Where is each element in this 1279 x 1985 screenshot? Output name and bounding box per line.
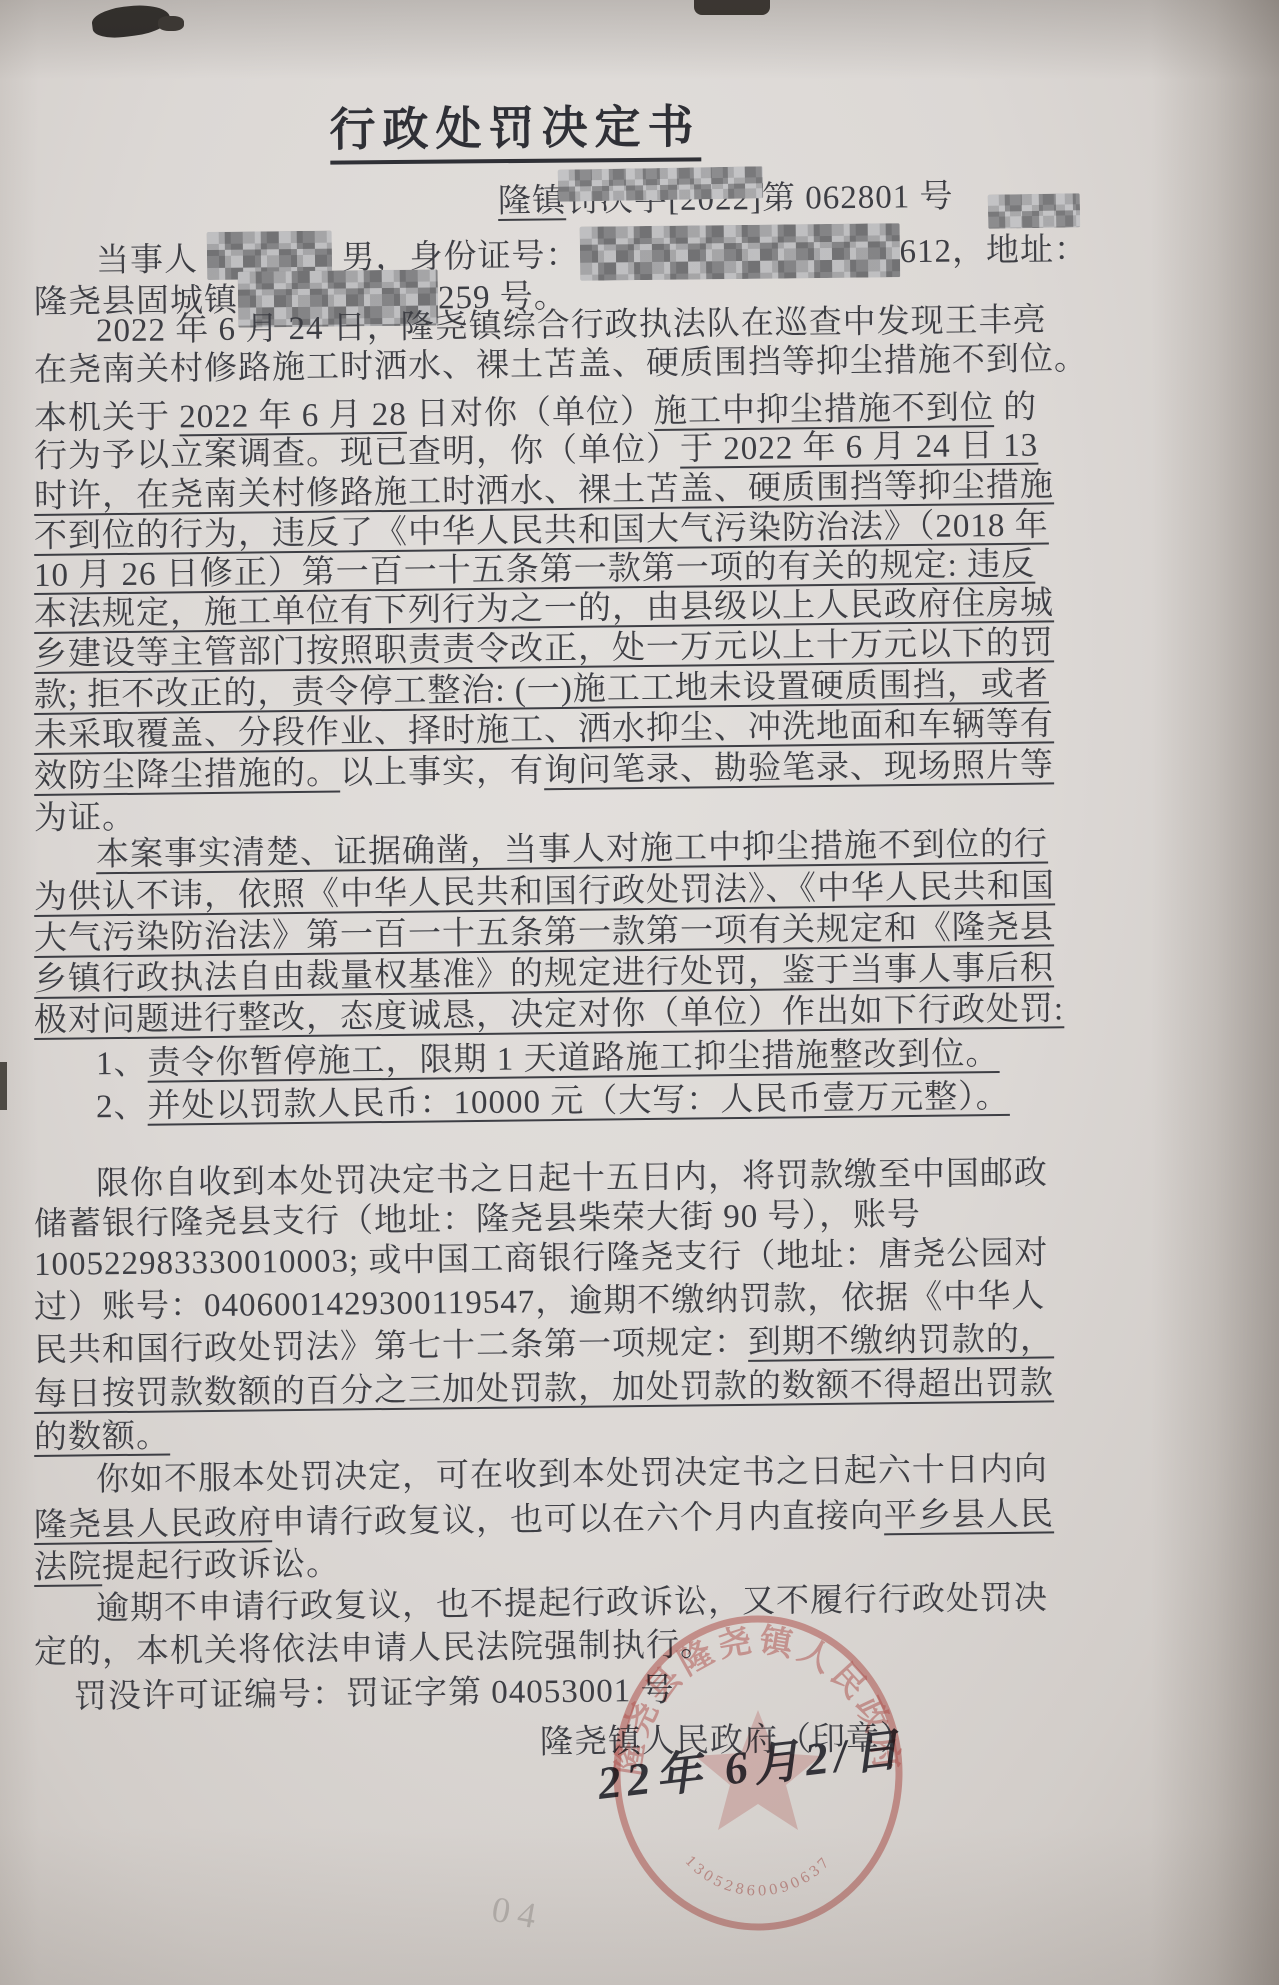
doc-line: 每日按罚款数额的百分之三加处罚款，加处罚款的数额不得超出罚款 (34, 1363, 1054, 1415)
doc-line-penalty-1: 1、责令你暂停施工，限期 1 天道路施工抑尘措施整改到位。 (34, 1034, 1000, 1085)
redaction-mosaic-strip-1 (558, 166, 764, 202)
official-seal: 隆尧县隆尧镇人民政府 13052860090637 (608, 1610, 908, 1936)
seal-star-icon (695, 1710, 821, 1830)
scanned-document-photo: 行政处罚决定书 隆镇罚决字[2022]第 062801 号 当事人 男，身份证号… (0, 0, 1279, 1985)
pencil-mark: 04 (489, 1888, 548, 1938)
redaction-mosaic-strip-2 (988, 193, 1081, 229)
doc-line: 民共和国行政处罚法》第七十二条第一项规定：到期不缴纳罚款的， (34, 1319, 1054, 1371)
seal-code: 13052860090637 (681, 1853, 834, 1899)
doc-line: 法院提起行政诉讼。 (34, 1545, 340, 1588)
doc-line: 隆尧县人民政府申请行政复议，也可以在六个月内直接向平乡县人民 (34, 1494, 1054, 1546)
doc-line: 为证。 (34, 798, 136, 839)
doc-line: 你如不服本处罚决定，可在收到本处罚决定书之日起六十日内向 (34, 1449, 1048, 1501)
redaction-mosaic-id (579, 223, 900, 281)
document-title: 行政处罚决定书 (0, 88, 1030, 163)
doc-line-license-no: 罚没许可证编号：罚证字第 04053001 号 (34, 1671, 675, 1718)
doc-line: 的数额。 (34, 1416, 170, 1458)
doc-line-penalty-2: 2、并处以罚款人民币：10000 元（大写：人民币壹万元整）。 (34, 1077, 1010, 1128)
